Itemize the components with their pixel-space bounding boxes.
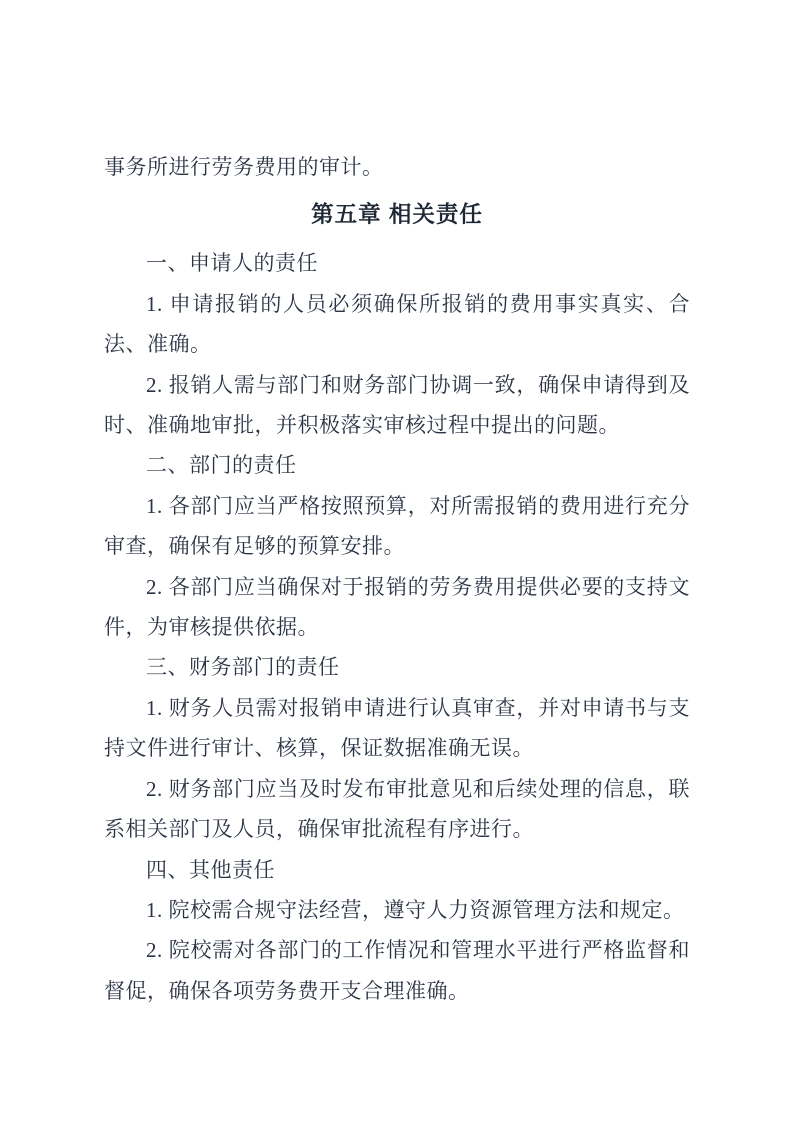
paragraph: 1. 申请报销的人员必须确保所报销的费用事实真实、合法、准确。	[104, 284, 690, 365]
chapter-heading: 第五章 相关责任	[104, 195, 690, 235]
paragraph: 四、其他责任	[104, 850, 690, 890]
paragraph: 2. 报销人需与部门和财务部门协调一致，确保申请得到及时、准确地审批，并积极落实…	[104, 365, 690, 446]
paragraph: 二、部门的责任	[104, 445, 690, 485]
paragraph: 2. 院校需对各部门的工作情况和管理水平进行严格监督和督促，确保各项劳务费开支合…	[104, 930, 690, 1011]
paragraph: 2. 财务部门应当及时发布审批意见和后续处理的信息，联系相关部门及人员，确保审批…	[104, 769, 690, 850]
paragraph: 三、财务部门的责任	[104, 647, 690, 687]
document-body: 事务所进行劳务费用的审计。第五章 相关责任一、申请人的责任1. 申请报销的人员必…	[104, 147, 690, 1011]
paragraph: 2. 各部门应当确保对于报销的劳务费用提供必要的支持文件，为审核提供依据。	[104, 567, 690, 648]
paragraph: 1. 院校需合规守法经营，遵守人力资源管理方法和规定。	[104, 890, 690, 930]
paragraph: 一、申请人的责任	[104, 243, 690, 283]
paragraph: 1. 财务人员需对报销申请进行认真审查，并对申请书与支持文件进行审计、核算，保证…	[104, 688, 690, 769]
paragraph: 事务所进行劳务费用的审计。	[104, 147, 690, 187]
document-page: 事务所进行劳务费用的审计。第五章 相关责任一、申请人的责任1. 申请报销的人员必…	[0, 0, 793, 1122]
paragraph: 1. 各部门应当严格按照预算，对所需报销的费用进行充分审查，确保有足够的预算安排…	[104, 486, 690, 567]
